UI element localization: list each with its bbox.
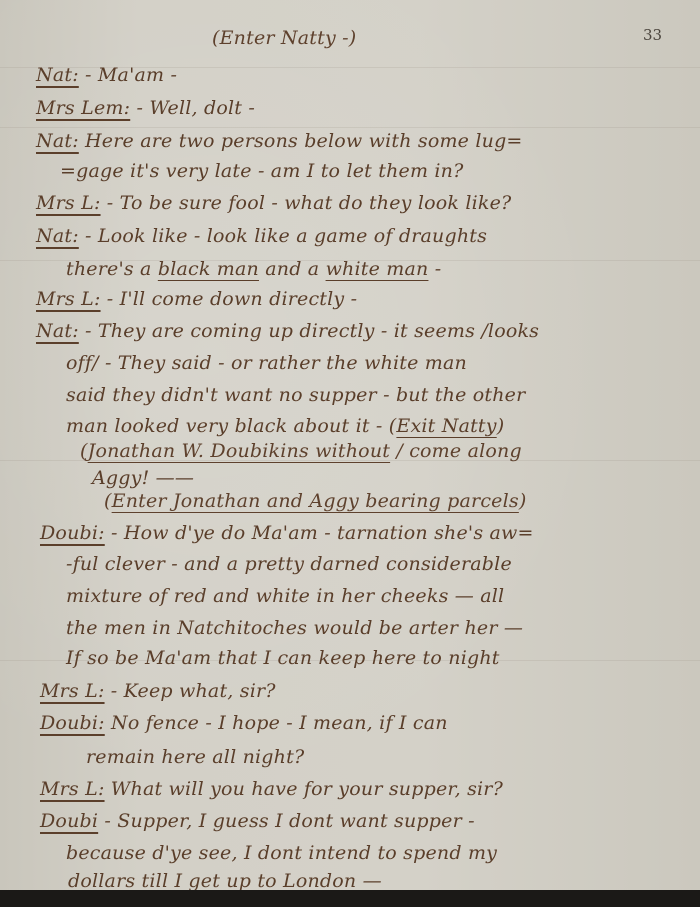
- dialogue-continuation: the men in Natchitoches would be arter h…: [66, 617, 523, 639]
- dialogue-text: man looked very black about it - (: [66, 415, 396, 437]
- scan-background-edge: [0, 890, 700, 907]
- speaker-label: Nat:: [36, 64, 79, 86]
- speaker-label: Doubi:: [40, 522, 105, 544]
- dialogue-text: mixture of red and white in her cheeks —…: [66, 585, 504, 607]
- dialogue-text: remain here all night?: [86, 746, 304, 768]
- dialogue-text: If so be Ma'am that I can keep here to n…: [66, 647, 500, 669]
- speaker-label: Mrs L:: [40, 778, 105, 800]
- speaker-label: Mrs L:: [40, 680, 105, 702]
- dialogue-line: Doubi: No fence - I hope - I mean, if I …: [40, 712, 448, 734]
- dialogue-text: =gage it's very late - am I to let them …: [60, 160, 464, 182]
- dialogue-continuation: mixture of red and white in her cheeks —…: [66, 585, 504, 607]
- stage-direction-text: (: [80, 440, 88, 462]
- dialogue-text: - Keep what, sir?: [105, 680, 276, 702]
- dialogue-continuation: there's a black man and a white man -: [66, 258, 441, 280]
- dialogue-text: off/ - They said - or rather the white m…: [66, 352, 467, 374]
- dialogue-text: there's a: [66, 258, 158, 280]
- dialogue-line: Mrs L: - I'll come down directly -: [36, 288, 357, 310]
- dialogue-text: - They are coming up directly - it seems…: [79, 320, 539, 342]
- dialogue-line: Mrs L: - To be sure fool - what do they …: [36, 192, 511, 214]
- dialogue-line: Mrs L: - Keep what, sir?: [40, 680, 276, 702]
- speaker-label: Nat:: [36, 225, 79, 247]
- dialogue-continuation: because d'ye see, I dont intend to spend…: [66, 842, 497, 864]
- speaker-label: Nat:: [36, 130, 79, 152]
- dialogue-text: the men in Natchitoches would be arter h…: [66, 617, 523, 639]
- dialogue-continuation: dollars till I get up to London —: [68, 870, 382, 892]
- dialogue-text: No fence - I hope - I mean, if I can: [105, 712, 448, 734]
- dialogue-text: - I'll come down directly -: [101, 288, 358, 310]
- stage-direction-offstage: (Jonathan W. Doubikins without / come al…: [80, 440, 522, 462]
- stage-direction-enter-natty: (Enter Natty -): [212, 27, 356, 49]
- dialogue-text: - Supper, I guess I dont want supper -: [98, 810, 475, 832]
- speaker-label: Mrs L:: [36, 288, 101, 310]
- stage-direction-text: (Enter Natty -): [212, 27, 356, 49]
- stage-direction-exit-natty: Exit Natty: [396, 415, 496, 437]
- dialogue-text: said they didn't want no supper - but th…: [66, 384, 525, 406]
- dialogue-text: dollars till I get up to London —: [68, 870, 382, 892]
- speaker-label: Mrs Lem:: [36, 97, 130, 119]
- dialogue-line: Doubi: - How d'ye do Ma'am - tarnation s…: [40, 522, 534, 544]
- dialogue-text: - Look like - look like a game of draugh…: [79, 225, 487, 247]
- dialogue-text: - To be sure fool - what do they look li…: [101, 192, 512, 214]
- dialogue-line: Nat: Here are two persons below with som…: [36, 130, 523, 152]
- dialogue-line: Mrs L: What will you have for your suppe…: [40, 778, 503, 800]
- speaker-label: Nat:: [36, 320, 79, 342]
- dialogue-line: Nat: - Look like - look like a game of d…: [36, 225, 487, 247]
- dialogue-text: - How d'ye do Ma'am - tarnation she's aw…: [105, 522, 534, 544]
- dialogue-continuation: remain here all night?: [86, 746, 304, 768]
- dialogue-line: Nat: - They are coming up directly - it …: [36, 320, 539, 342]
- dialogue-continuation: said they didn't want no supper - but th…: [66, 384, 525, 406]
- page-number: 33: [643, 26, 662, 44]
- dialogue-continuation: -ful clever - and a pretty darned consid…: [66, 553, 512, 575]
- underlined-text: black man: [158, 258, 259, 280]
- dialogue-text: Here are two persons below with some lug…: [79, 130, 523, 152]
- dialogue-text: - Ma'am -: [79, 64, 177, 86]
- dialogue-continuation: =gage it's very late - am I to let them …: [60, 160, 464, 182]
- dialogue-continuation: If so be Ma'am that I can keep here to n…: [66, 647, 500, 669]
- dialogue-text: ): [497, 415, 505, 437]
- dialogue-text: What will you have for your supper, sir?: [105, 778, 503, 800]
- speaker-label: Doubi: [40, 810, 98, 832]
- stage-direction-text: ): [519, 490, 527, 512]
- stage-direction-text: (: [104, 490, 112, 512]
- ruled-line: [0, 127, 700, 128]
- dialogue-text: and a: [259, 258, 326, 280]
- dialogue-continuation: man looked very black about it - (Exit N…: [66, 415, 504, 437]
- dialogue-line: Mrs Lem: - Well, dolt -: [36, 97, 255, 119]
- speaker-label: Mrs L:: [36, 192, 101, 214]
- stage-direction-text: Enter Jonathan and Aggy bearing parcels: [112, 490, 519, 512]
- dialogue-continuation: Aggy! ——: [92, 467, 194, 489]
- dialogue-line: Nat: - Ma'am -: [36, 64, 177, 86]
- dialogue-line: Doubi - Supper, I guess I dont want supp…: [40, 810, 475, 832]
- stage-direction-text: / come along: [390, 440, 522, 462]
- dialogue-text: -: [428, 258, 441, 280]
- dialogue-text: Aggy! ——: [92, 467, 194, 489]
- stage-direction-enter-jonathan: (Enter Jonathan and Aggy bearing parcels…: [104, 490, 526, 512]
- underlined-text: white man: [326, 258, 429, 280]
- manuscript-page: 33 (Enter Natty -) Nat: - Ma'am - Mrs Le…: [0, 0, 700, 892]
- speaker-label: Doubi:: [40, 712, 105, 734]
- dialogue-text: - Well, dolt -: [130, 97, 255, 119]
- dialogue-text: because d'ye see, I dont intend to spend…: [66, 842, 497, 864]
- dialogue-continuation: off/ - They said - or rather the white m…: [66, 352, 467, 374]
- stage-direction-text: Jonathan W. Doubikins without: [88, 440, 390, 462]
- dialogue-text: -ful clever - and a pretty darned consid…: [66, 553, 512, 575]
